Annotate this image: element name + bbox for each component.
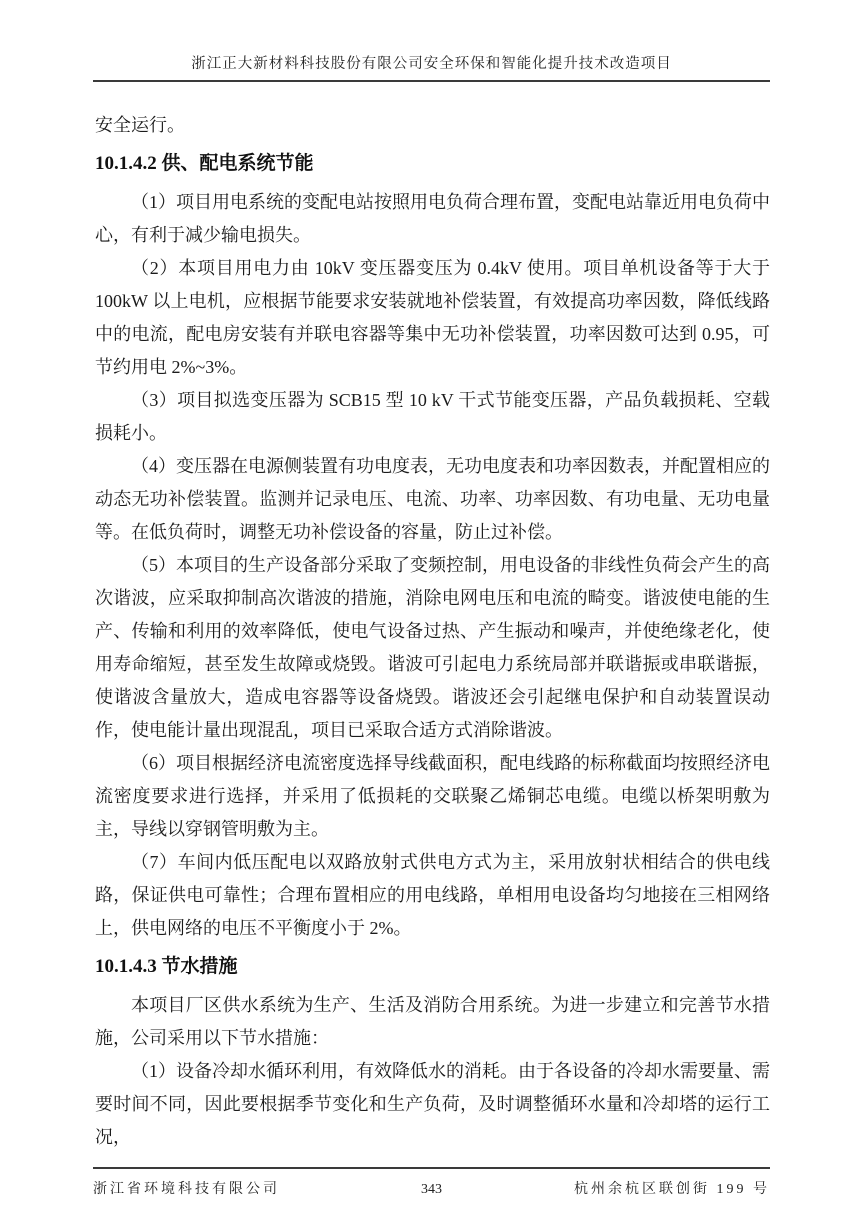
section-heading-10-1-4-3: 10.1.4.3 节水措施 bbox=[95, 950, 770, 983]
document-body: 安全运行。 10.1.4.2 供、配电系统节能 （1）项目用电系统的变配电站按照… bbox=[95, 109, 770, 1154]
footer-company: 浙江省环境科技有限公司 bbox=[93, 1178, 421, 1198]
paragraph: （4）变压器在电源侧装置有功电度表，无功电度表和功率因数表，并配置相应的动态无功… bbox=[95, 450, 770, 549]
paragraph: 本项目厂区供水系统为生产、生活及消防合用系统。为进一步建立和完善节水措施，公司采… bbox=[95, 989, 770, 1055]
paragraph: （5）本项目的生产设备部分采取了变频控制，用电设备的非线性负荷会产生的高次谐波，… bbox=[95, 549, 770, 747]
paragraph: （1）设备冷却水循环利用，有效降低水的消耗。由于各设备的冷却水需要量、需要时间不… bbox=[95, 1055, 770, 1154]
page-header: 浙江正大新材料科技股份有限公司安全环保和智能化提升技术改造项目 bbox=[93, 0, 770, 82]
paragraph: （7）车间内低压配电以双路放射式供电方式为主，采用放射状相结合的供电线路，保证供… bbox=[95, 846, 770, 945]
paragraph-continuation: 安全运行。 bbox=[95, 109, 770, 142]
section-heading-10-1-4-2: 10.1.4.2 供、配电系统节能 bbox=[95, 147, 770, 180]
header-title: 浙江正大新材料科技股份有限公司安全环保和智能化提升技术改造项目 bbox=[93, 52, 770, 80]
footer-address: 杭州余杭区联创街 199 号 bbox=[442, 1178, 770, 1198]
header-rule bbox=[93, 80, 770, 82]
paragraph: （3）项目拟选变压器为 SCB15 型 10 kV 干式节能变压器，产品负载损耗… bbox=[95, 384, 770, 450]
paragraph: （1）项目用电系统的变配电站按照用电负荷合理布置，变配电站靠近用电负荷中心，有利… bbox=[95, 186, 770, 252]
paragraph: （2）本项目用电力由 10kV 变压器变压为 0.4kV 使用。项目单机设备等于… bbox=[95, 252, 770, 384]
document-page: 浙江正大新材料科技股份有限公司安全环保和智能化提升技术改造项目 安全运行。 10… bbox=[0, 0, 860, 1216]
footer-page-number: 343 bbox=[421, 1182, 442, 1198]
page-footer: 浙江省环境科技有限公司 343 杭州余杭区联创街 199 号 bbox=[93, 1167, 770, 1198]
paragraph: （6）项目根据经济电流密度选择导线截面积，配电线路的标称截面均按照经济电流密度要… bbox=[95, 747, 770, 846]
